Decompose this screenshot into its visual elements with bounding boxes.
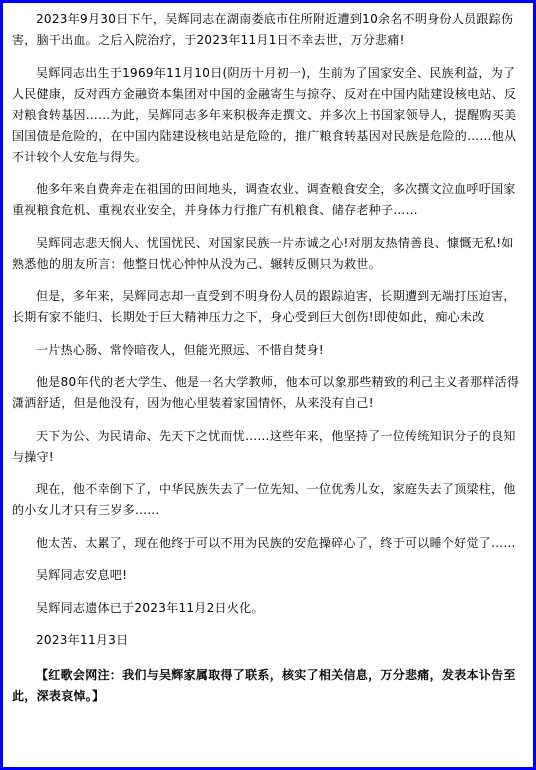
editor-note: 【红歌会网注：我们与吴辉家属取得了联系，核实了相关信息，万分悲痛，发表本讣告至此… (12, 665, 521, 707)
paragraph-loss: 现在，他不幸倒下了，中华民族失去了一位先知、一位优秀儿女，家庭失去了顶梁柱，他的… (12, 479, 521, 521)
paragraph-rest: 他太苦、太累了，现在他终于可以不用为民族的安危操碎心了，终于可以睡个好觉了…… (12, 533, 521, 554)
paragraph-field-research: 他多年来自费奔走在祖国的田间地头，调查农业、调查粮食安全，多次撰文泣血呼吁国家重… (12, 179, 521, 221)
paragraph-character: 吴辉同志悲天悯人、忧国忧民、对国家民族一片赤诚之心!对朋友热情善良、慷慨无私!如… (12, 233, 521, 275)
paragraph-education: 他是80年代的老大学生、他是一名大学教师，他本可以象那些精致的利己主义者那样活得… (12, 372, 521, 414)
paragraph-cremation: 吴辉同志遗体已于2023年11月2日火化。 (12, 598, 521, 619)
paragraph-farewell: 吴辉同志安息吧! (12, 565, 521, 586)
paragraph-integrity: 天下为公、为民请命、先天下之忧而忧……这些年来，他坚持了一位传统知识分子的良知与… (12, 426, 521, 468)
article-frame: 2023年9月30日下午，吴辉同志在湖南娄底市住所附近遭到10余名不明身份人员跟… (0, 0, 536, 770)
article-body: 2023年9月30日下午，吴辉同志在湖南娄底市住所附近遭到10余名不明身份人员跟… (12, 9, 521, 707)
paragraph-verse: 一片热心肠、常怜暗夜人，但能光照远、不惜自焚身! (12, 340, 521, 361)
paragraph-date: 2023年11月3日 (12, 630, 521, 651)
paragraph-biography: 吴辉同志出生于1969年11月10日(阴历十月初一)，生前为了国家安全、民族利益… (12, 63, 521, 168)
paragraph-incident: 2023年9月30日下午，吴辉同志在湖南娄底市住所附近遭到10余名不明身份人员跟… (12, 9, 521, 51)
paragraph-persecution: 但是，多年来，吴辉同志却一直受到不明身份人员的跟踪迫害，长期遭到无端打压迫害，长… (12, 286, 521, 328)
